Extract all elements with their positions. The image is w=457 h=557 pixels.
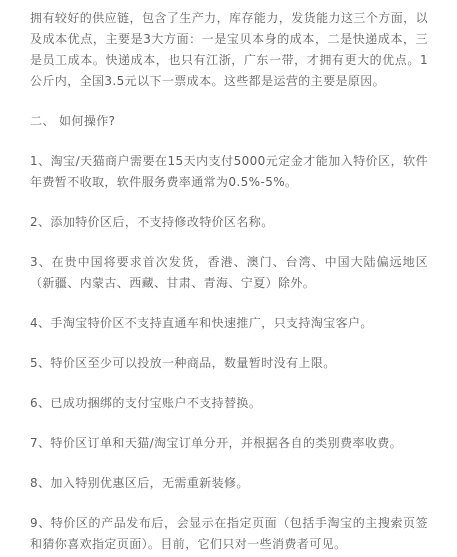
list-item-8: 8、加入特别优惠区后，无需重新装修。 <box>30 473 428 494</box>
intro-paragraph: 拥有较好的供应链，包含了生产力，库存能力，发货能力这三个方面，以及成本优点，主要… <box>30 8 428 92</box>
list-item-3: 3、在贵中国将要求首次发货，香港、澳门、台湾、中国大陆偏远地区（新疆、内蒙古、西… <box>30 252 428 294</box>
list-item-2: 2、添加特价区后，不支持修改特价区名称。 <box>30 212 428 233</box>
article-page: 拥有较好的供应链，包含了生产力，库存能力，发货能力这三个方面，以及成本优点，主要… <box>0 0 457 557</box>
list-item-1: 1、淘宝/天猫商户需要在15天内支付5000元定金才能加入特价区，软件年费暂不收… <box>30 151 428 193</box>
list-item-9: 9、特价区的产品发布后，会显示在指定页面（包括手淘宝的主搜索页签和猜你喜欢指定页… <box>30 513 428 555</box>
list-item-4: 4、手淘宝特价区不支持直通车和快速推广，只支持淘宝客户。 <box>30 313 428 334</box>
section-heading: 二、 如何操作? <box>30 111 428 132</box>
list-item-6: 6、已成功捆绑的支付宝账户不支持替换。 <box>30 393 428 414</box>
list-item-7: 7、特价区订单和天猫/淘宝订单分开，并根据各自的类别费率收费。 <box>30 433 428 454</box>
list-item-5: 5、特价区至少可以投放一种商品，数量暂时没有上限。 <box>30 353 428 374</box>
